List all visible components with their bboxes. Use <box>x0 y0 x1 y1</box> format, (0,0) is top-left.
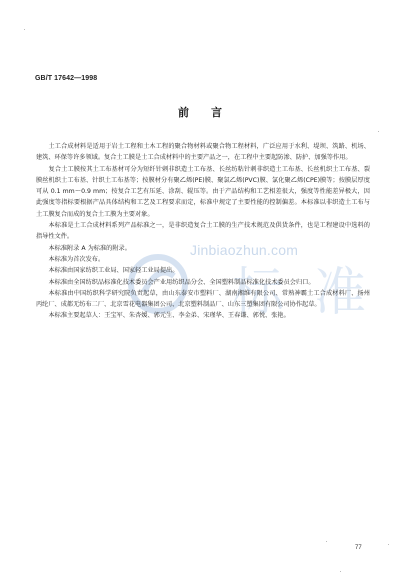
preface-body: 土工合成材料是适用于岩土工程和土木工程的聚合物材料或聚合物工程材料，广泛应用于水… <box>36 141 370 322</box>
paragraph: 土工合成材料是适用于岩土工程和土木工程的聚合物材料或聚合物工程材料，广泛应用于水… <box>36 141 370 164</box>
standard-code: GB/T 17642—1998 <box>35 75 97 82</box>
scan-speck <box>340 571 341 572</box>
paragraph: 本标准主要起草人：王宝军、朱杏媛、郭元生、李金弟、宋瑾华、王春谦、郭悦、张艳。 <box>36 310 370 321</box>
paragraph: 本标准由中国纺织科学研究院负责起草，由山东泰安市塑料厂、湖南湘维有限公司、常熟神… <box>36 288 370 311</box>
scan-speck <box>326 541 327 542</box>
paragraph: 本标准是土工合成材料系列产品标准之一，是非织造复合土工膜的生产技术规范及供货条件… <box>36 220 370 243</box>
paragraph: 复合土工膜按其土工布基材可分为短纤针刺非织造土工布基、长丝纺粘针刺非织造土工布基… <box>36 164 370 220</box>
paragraph: 本标准由国家纺织工业局、国家轻工业局提出。 <box>36 265 370 276</box>
scan-speck <box>378 131 379 132</box>
scan-speck <box>388 544 389 545</box>
paragraph: 本标准由全国纺织品标准化技术委员会产业用纺织品分会、全国塑料制品标准化技术委员会… <box>36 277 370 288</box>
paragraph: 本标准附录 A 为标准的附录。 <box>36 243 370 254</box>
scan-speck <box>24 29 25 30</box>
page-title: 前言 <box>0 104 400 120</box>
page-number: 77 <box>355 545 362 551</box>
paragraph: 本标准为首次发布。 <box>36 254 370 265</box>
